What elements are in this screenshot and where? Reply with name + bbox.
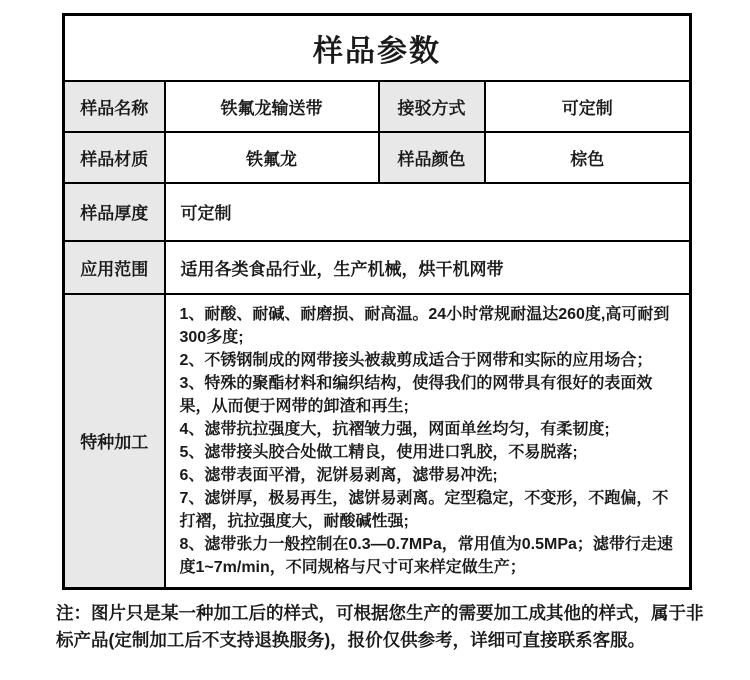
page: 样品参数 样品名称 铁氟龙输送带 接驳方式 可定制 样品材质 铁氟龙 样品颜色 … (0, 0, 750, 680)
value-connection-method: 可定制 (485, 81, 691, 132)
processing-item-2: 2、不锈钢制成的网带接头被裁剪成适合于网带和实际的应用场合； (180, 349, 680, 372)
table-row: 应用范围 适用各类食品行业，生产机械，烘干机网带 (64, 241, 691, 294)
label-special-processing: 特种加工 (64, 294, 165, 589)
value-application-range: 适用各类食品行业，生产机械，烘干机网带 (165, 241, 691, 294)
page-title: 样品参数 (64, 15, 691, 81)
processing-item-3: 3、特殊的聚酯材料和编织结构，使得我们的网带具有很好的表面效果，从而便于网带的卸… (180, 372, 680, 418)
value-sample-material: 铁氟龙 (165, 132, 379, 183)
table-row: 样品厚度 可定制 (64, 183, 691, 241)
processing-item-6: 6、滤带表面平滑，泥饼易剥离，滤带易冲洗; (180, 464, 680, 487)
label-application-range: 应用范围 (64, 241, 165, 294)
table-row: 特种加工 1、耐酸、耐碱、耐磨损、耐高温。24小时常规耐温达260度,高可耐到3… (64, 294, 691, 589)
title-row: 样品参数 (64, 15, 691, 81)
special-processing-list: 1、耐酸、耐碱、耐磨损、耐高温。24小时常规耐温达260度,高可耐到300多度;… (165, 294, 691, 589)
value-sample-color: 棕色 (485, 132, 691, 183)
label-sample-thickness: 样品厚度 (64, 183, 165, 241)
table-row: 样品名称 铁氟龙输送带 接驳方式 可定制 (64, 81, 691, 132)
processing-item-7: 7、滤饼厚，极易再生，滤饼易剥离。定型稳定，不变形，不跑偏，不打褶，抗拉强度大，… (180, 487, 680, 533)
table-row: 样品材质 铁氟龙 样品颜色 棕色 (64, 132, 691, 183)
label-sample-color: 样品颜色 (379, 132, 485, 183)
processing-item-8: 8、滤带张力一般控制在0.3—0.7MPa，常用值为0.5MPa；滤带行走速度1… (180, 533, 680, 579)
value-sample-thickness: 可定制 (165, 183, 691, 241)
processing-item-4: 4、滤带抗拉强度大，抗褶皱力强，网面单丝均匀，有柔韧度; (180, 418, 680, 441)
footnote: 注：图片只是某一种加工后的样式，可根据您生产的需要加工成其他的样式，属于非标产品… (56, 600, 704, 654)
label-sample-name: 样品名称 (64, 81, 165, 132)
spec-table: 样品参数 样品名称 铁氟龙输送带 接驳方式 可定制 样品材质 铁氟龙 样品颜色 … (62, 13, 692, 590)
label-connection-method: 接驳方式 (379, 81, 485, 132)
label-sample-material: 样品材质 (64, 132, 165, 183)
processing-item-5: 5、滤带接头胶合处做工精良，使用进口乳胶，不易脱落; (180, 441, 680, 464)
processing-item-1: 1、耐酸、耐碱、耐磨损、耐高温。24小时常规耐温达260度,高可耐到300多度; (180, 303, 680, 349)
value-sample-name: 铁氟龙输送带 (165, 81, 379, 132)
